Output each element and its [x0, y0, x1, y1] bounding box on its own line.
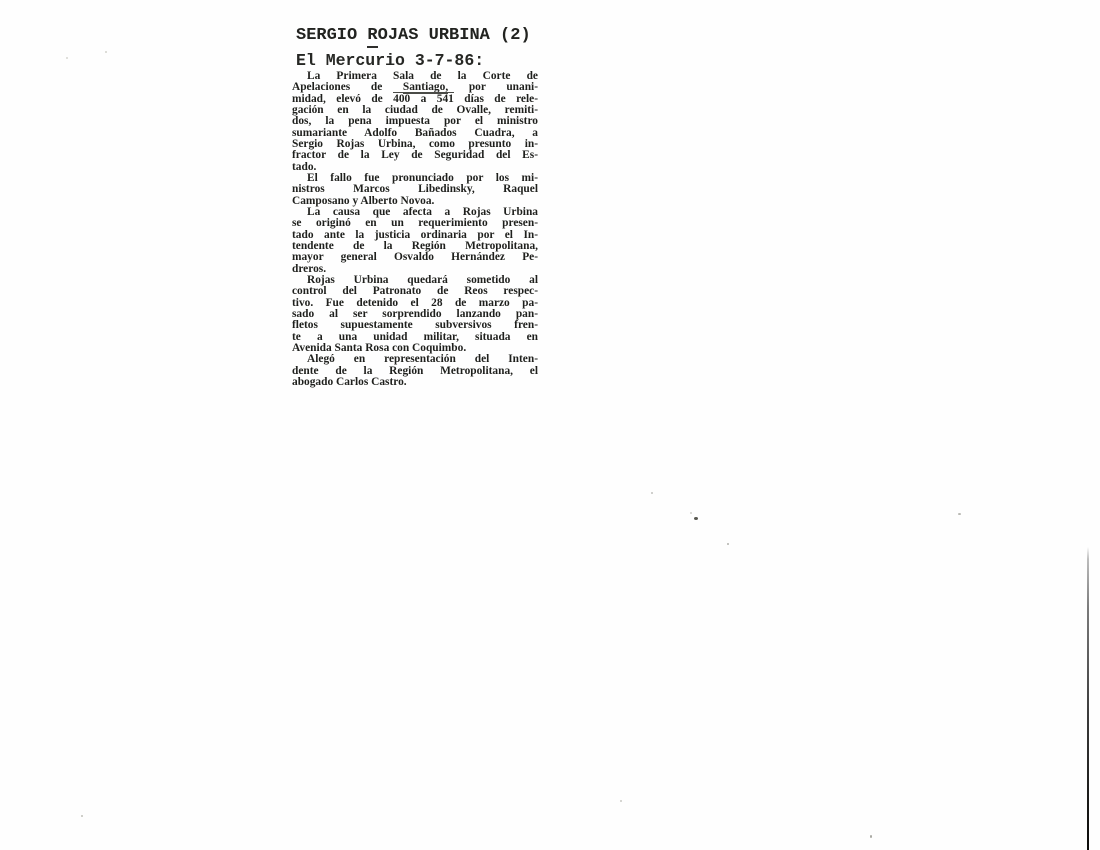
article-column: La Primera Sala de la Corte de Apelacion… — [292, 71, 538, 388]
headline-post: OJAS URBINA (2) — [378, 26, 531, 45]
scan-speck — [620, 800, 622, 802]
scan-speck — [727, 543, 729, 545]
scan-speck — [870, 835, 872, 838]
newspaper-clipping-scan: SERGIO ROJAS URBINA (2) El Mercurio 3-7-… — [0, 0, 1100, 850]
scan-speck — [105, 51, 107, 53]
line-post: días de rele- — [454, 93, 538, 105]
scan-speck — [690, 512, 692, 514]
scan-edge-line — [1087, 547, 1089, 850]
article-line: mayor general Osvaldo Hernández Pe- — [292, 252, 538, 263]
scan-speck — [81, 815, 83, 817]
headline-underlined-letter: R — [367, 26, 377, 48]
scan-speck — [694, 517, 698, 520]
scan-speck — [651, 492, 653, 494]
article-line: abogado Carlos Castro. — [292, 377, 538, 388]
line-post: por unani- — [448, 81, 538, 93]
article-line: fractor de la Ley de Seguridad del Es- — [292, 150, 538, 161]
article-line: dos, la pena impuesta por el ministro — [292, 116, 538, 127]
headline-pre: SERGIO — [296, 26, 367, 45]
line-pre: Apelaciones de — [292, 81, 403, 93]
line-pre: midad, elevó de — [292, 93, 393, 105]
article-line: fletos supuestamente subversivos fren- — [292, 320, 538, 331]
article-line: se originó en un requerimiento presen- — [292, 218, 538, 229]
article-line: control del Patronato de Reos respec- — [292, 286, 538, 297]
article-line: Alegó en representación del Inten- — [292, 354, 538, 365]
scan-speck — [66, 57, 68, 59]
clipping-headline: SERGIO ROJAS URBINA (2) — [296, 26, 531, 45]
scan-speck — [958, 513, 961, 515]
source-date-line: El Mercurio 3-7-86: — [296, 51, 484, 70]
pen-mark-400-541: 400 a 541 — [393, 92, 454, 105]
article-line: nistros Marcos Libedinsky, Raquel — [292, 184, 538, 195]
